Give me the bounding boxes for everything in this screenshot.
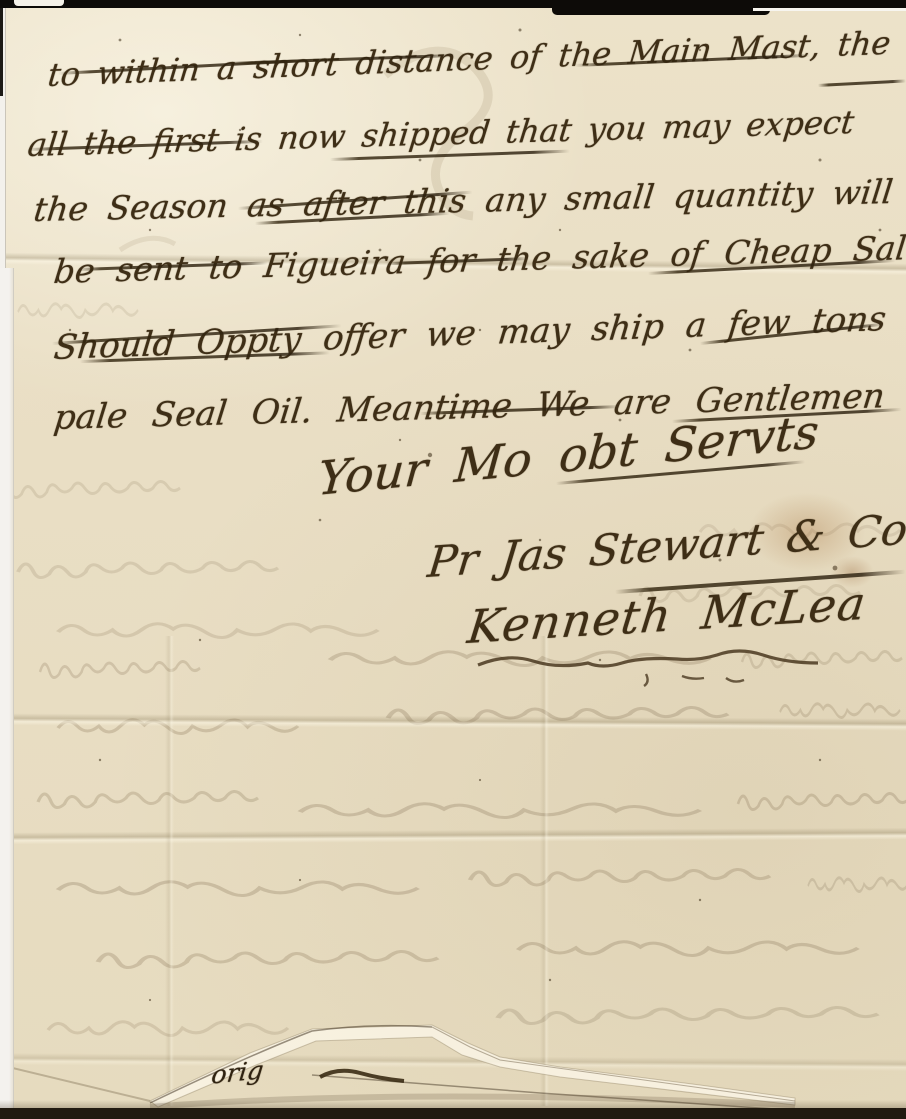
scanner-band-top-thick-section xyxy=(552,0,770,15)
scanner-band-top xyxy=(0,0,906,8)
scanner-edge-left-lower xyxy=(0,268,14,1119)
scanner-edge-dark-sliver xyxy=(0,0,3,96)
paper-sheet: to within a short distance of the Main M… xyxy=(0,0,906,1119)
scanner-band-top-white-line xyxy=(753,8,906,11)
scanned-letter-page: to within a short distance of the Main M… xyxy=(0,0,906,1119)
tear-text-fragment: orig xyxy=(210,1055,265,1089)
scanner-band-bottom xyxy=(0,1108,906,1119)
scanner-band-top-white-blob xyxy=(14,0,64,6)
signature-flourish xyxy=(468,640,828,700)
